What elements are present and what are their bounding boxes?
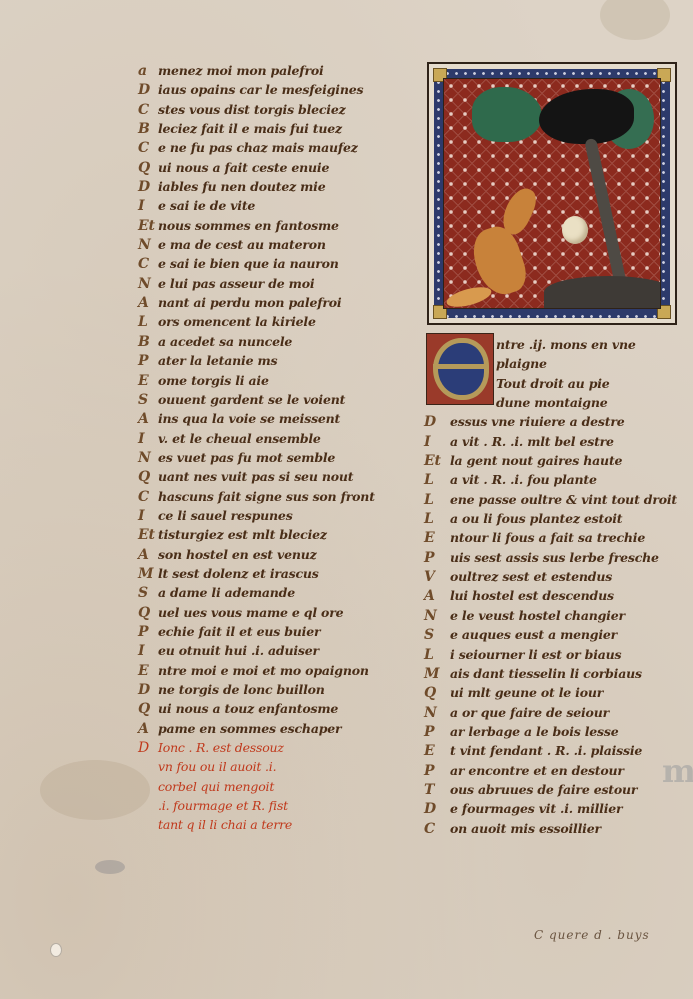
line-text: ater la letanie ms: [158, 353, 277, 368]
verse-line: Ne ma de cest au materon: [138, 235, 413, 254]
line-text: .i. fourmage et R. fist: [158, 798, 288, 813]
line-initial: Et: [424, 452, 450, 471]
verse-line: Mais dant tiesselin li corbiaus: [424, 664, 689, 683]
line-text: ar encontre et en destour: [450, 763, 624, 778]
verse-line: Dessus vne riuiere a destre: [424, 412, 689, 431]
line-initial: S: [424, 626, 450, 645]
verse-line: Bleciez fait il e mais fui tuez: [138, 119, 413, 138]
line-initial: E: [138, 372, 158, 391]
verse-line: plaigne: [424, 354, 689, 373]
rubric-line: DIonc . R. est dessouz: [138, 738, 413, 757]
verse-line: Entour li fous a fait sa trechie: [424, 528, 689, 547]
verse-line: Chascuns fait signe sus son front: [138, 487, 413, 506]
line-text: la gent nout gaires haute: [450, 453, 622, 468]
line-text: e ne fu pas chaz mais maufez: [158, 140, 358, 155]
verse-line: Alui hostel est descendus: [424, 586, 689, 605]
line-initial: E: [424, 529, 450, 548]
line-text: ene passe oultre & vint tout droit: [450, 492, 677, 507]
line-text: ntre moi e moi et mo opaignon: [158, 663, 369, 678]
line-initial: a: [138, 62, 158, 81]
line-initial: L: [424, 646, 450, 665]
line-text: ous abruues de faire estour: [450, 782, 637, 797]
verse-line: Na or que faire de seiour: [424, 703, 689, 722]
line-text: hascuns fait signe sus son front: [158, 489, 375, 504]
line-text: dune montaigne: [496, 395, 607, 410]
line-initial: B: [138, 120, 158, 139]
line-initial: Et: [138, 217, 158, 236]
line-initial: Q: [138, 468, 158, 487]
line-initial: A: [138, 410, 158, 429]
line-text: e fourmages vit .i. millier: [450, 801, 622, 816]
line-initial: Q: [138, 700, 158, 719]
line-initial: S: [138, 584, 158, 603]
line-text: a ou li fous plantez estoit: [450, 511, 622, 526]
line-initial: S: [138, 391, 158, 410]
verse-line: Puis sest assis sus lerbe fresche: [424, 548, 689, 567]
line-text: a vit . R. .i. mlt bel estre: [450, 434, 614, 449]
line-text: pame en sommes eschaper: [158, 721, 341, 736]
verse-line: dune montaigne: [424, 393, 689, 412]
line-initial: C: [424, 820, 450, 839]
verse-line: Entre moi e moi et mo opaignon: [138, 661, 413, 680]
line-text: ome torgis li aie: [158, 373, 269, 388]
verse-line: Tous abruues de faire estour: [424, 780, 689, 799]
verse-line: Diables fu nen doutez mie: [138, 177, 413, 196]
line-text: tisturgiez est mlt bleciez: [158, 527, 327, 542]
line-initial: A: [424, 587, 450, 606]
line-initial: D: [138, 681, 158, 700]
verse-line: Iv. et le cheual ensemble: [138, 429, 413, 448]
line-text: Ionc . R. est dessouz: [158, 740, 284, 755]
line-text: e ma de cest au materon: [158, 237, 326, 252]
line-initial: Et: [138, 526, 158, 545]
crow-figure: [539, 89, 634, 144]
line-text: nous sommes en fantosme: [158, 218, 339, 233]
verse-line: Lors omencent la kiriele: [138, 312, 413, 331]
line-text: iables fu nen doutez mie: [158, 179, 325, 194]
line-initial: C: [138, 101, 158, 120]
line-initial: M: [424, 665, 450, 684]
line-initial: L: [424, 471, 450, 490]
verse-line: Qui nous a fait ceste enuie: [138, 158, 413, 177]
line-text: oultrez sest et estendus: [450, 569, 612, 584]
line-text: plaigne: [496, 356, 547, 371]
line-initial: D: [138, 739, 158, 758]
line-initial: Q: [138, 159, 158, 178]
line-initial: N: [138, 449, 158, 468]
line-initial: D: [424, 413, 450, 432]
verse-line: La ou li fous plantez estoit: [424, 509, 689, 528]
line-text: i seiourner li est or biaus: [450, 647, 621, 662]
line-initial: B: [138, 333, 158, 352]
line-initial: T: [424, 781, 450, 800]
line-text: iaus opains car le mesfeigines: [158, 82, 363, 97]
left-column: amenez moi mon palefroiDiaus opains car …: [138, 61, 413, 835]
line-text: stes vous dist torgis bleciez: [158, 102, 346, 117]
verse-line: ntre .ij. mons en vne: [424, 335, 689, 354]
line-text: essus vne riuiere a destre: [450, 414, 624, 429]
verse-line: amenez moi mon palefroi: [138, 61, 413, 80]
verse-line: Mlt sest dolenz et irascus: [138, 564, 413, 583]
line-text: uel ues vous mame e ql ore: [158, 605, 343, 620]
line-initial: L: [138, 313, 158, 332]
miniature-fox-and-crow: [427, 62, 677, 325]
line-text: lt sest dolenz et irascus: [158, 566, 319, 581]
fox-tail: [445, 283, 494, 309]
line-text: ntre .ij. mons en vne: [496, 337, 636, 352]
rubric-line: vn fou ou il auoit .i.: [138, 757, 413, 776]
verse-line: Lene passe oultre & vint tout droit: [424, 490, 689, 509]
line-initial: E: [424, 742, 450, 761]
line-text: ors omencent la kiriele: [158, 314, 316, 329]
ground-mound: [544, 276, 661, 308]
line-text: uis sest assis sus lerbe fresche: [450, 550, 659, 565]
offset-ghost-letter: m: [662, 752, 693, 790]
line-initial: N: [138, 275, 158, 294]
catchword: C quere d . buys: [534, 928, 650, 942]
verse-line: Dne torgis de lonc buillon: [138, 680, 413, 699]
line-text: es vuet pas fu mot semble: [158, 450, 335, 465]
line-text: e sai ie bien que ia nauron: [158, 256, 339, 271]
line-initial: P: [424, 723, 450, 742]
verse-line: Con auoit mis essoillier: [424, 819, 689, 838]
line-text: ui nous a fait ceste enuie: [158, 160, 329, 175]
verse-line: Diaus opains car le mesfeigines: [138, 80, 413, 99]
line-initial: P: [138, 623, 158, 642]
verse-line: Anant ai perdu mon palefroi: [138, 293, 413, 312]
line-initial: I: [138, 642, 158, 661]
line-text: e lui pas asseur de moi: [158, 276, 314, 291]
line-initial: N: [424, 607, 450, 626]
verse-line: Ieu otnuit hui .i. aduiser: [138, 641, 413, 660]
line-text: menez moi mon palefroi: [158, 63, 324, 78]
line-text: vn fou ou il auoit .i.: [158, 759, 276, 774]
line-initial: N: [138, 236, 158, 255]
verse-line: Se auques eust a mengier: [424, 625, 689, 644]
verse-line: Etla gent nout gaires haute: [424, 451, 689, 470]
line-initial: Q: [138, 604, 158, 623]
verse-line: Par lerbage a le bois lesse: [424, 722, 689, 741]
line-initial: L: [424, 510, 450, 529]
verse-line: Voultrez sest et estendus: [424, 567, 689, 586]
verse-line: Ne le veust hostel changier: [424, 606, 689, 625]
verse-line: Quant nes vuit pas si seu nout: [138, 467, 413, 486]
line-text: v. et le cheual ensemble: [158, 431, 321, 446]
tree-trunk: [584, 138, 627, 287]
line-initial: N: [424, 704, 450, 723]
verse-line: De fourmages vit .i. millier: [424, 799, 689, 818]
line-initial: I: [424, 433, 450, 452]
line-text: a acedet sa nuncele: [158, 334, 292, 349]
verse-line: Souuent gardent se le voient: [138, 390, 413, 409]
rubric-line: tant q il li chai a terre: [138, 815, 413, 834]
verse-line: Ne lui pas asseur de moi: [138, 274, 413, 293]
line-text: a dame li ademande: [158, 585, 295, 600]
line-text: t vint fendant . R. .i. plaissie: [450, 743, 642, 758]
line-initial: E: [138, 662, 158, 681]
verse-line: Ba acedet sa nuncele: [138, 332, 413, 351]
verse-line: Ice li sauel respunes: [138, 506, 413, 525]
line-text: e le veust hostel changier: [450, 608, 625, 623]
verse-line: Ains qua la voie se meissent: [138, 409, 413, 428]
line-initial: A: [138, 294, 158, 313]
right-column: ntre .ij. mons en vneplaigneTout droit a…: [424, 335, 689, 838]
line-text: ins qua la voie se meissent: [158, 411, 340, 426]
line-text: on auoit mis essoillier: [450, 821, 601, 836]
rubric-line: .i. fourmage et R. fist: [138, 796, 413, 815]
line-text: ntour li fous a fait sa trechie: [450, 530, 645, 545]
line-text: ui mlt geune ot le iour: [450, 685, 603, 700]
line-text: ne torgis de lonc buillon: [158, 682, 325, 697]
line-initial: P: [424, 549, 450, 568]
line-text: Tout droit au pie: [496, 376, 610, 391]
line-text: son hostel en est venuz: [158, 547, 317, 562]
line-text: ui nous a touz enfantosme: [158, 701, 338, 716]
line-text: a vit . R. .i. fou plante: [450, 472, 597, 487]
line-text: a or que faire de seiour: [450, 705, 609, 720]
verse-line: Ia vit . R. .i. mlt bel estre: [424, 432, 689, 451]
line-initial: Q: [424, 684, 450, 703]
cheese: [562, 216, 588, 244]
line-initial: I: [138, 197, 158, 216]
line-text: eu otnuit hui .i. aduiser: [158, 643, 319, 658]
line-initial: C: [138, 488, 158, 507]
verse-line: Eome torgis li aie: [138, 371, 413, 390]
line-initial: A: [138, 546, 158, 565]
line-initial: L: [424, 491, 450, 510]
verse-line: Tout droit au pie: [424, 374, 689, 393]
line-initial: P: [424, 762, 450, 781]
line-text: leciez fait il e mais fui tuez: [158, 121, 342, 136]
verse-line: Ie sai ie de vite: [138, 196, 413, 215]
manuscript-page: amenez moi mon palefroiDiaus opains car …: [0, 0, 693, 999]
line-initial: D: [138, 81, 158, 100]
verse-line: Qui nous a touz enfantosme: [138, 699, 413, 718]
line-text: e sai ie de vite: [158, 198, 255, 213]
line-initial: D: [424, 800, 450, 819]
line-text: corbel qui mengoit: [158, 779, 274, 794]
line-initial: V: [424, 568, 450, 587]
line-text: ais dant tiesselin li corbiaus: [450, 666, 642, 681]
line-text: tant q il li chai a terre: [158, 817, 292, 832]
rubric-line: corbel qui mengoit: [138, 777, 413, 796]
verse-line: Nes vuet pas fu mot semble: [138, 448, 413, 467]
line-initial: M: [138, 565, 158, 584]
verse-line: Ce sai ie bien que ia nauron: [138, 254, 413, 273]
line-initial: A: [138, 720, 158, 739]
line-text: ce li sauel respunes: [158, 508, 293, 523]
miniature-diapered-field: [443, 78, 661, 309]
verse-line: Sa dame li ademande: [138, 583, 413, 602]
line-initial: C: [138, 255, 158, 274]
verse-line: Li seiourner li est or biaus: [424, 645, 689, 664]
line-initial: I: [138, 507, 158, 526]
verse-line: Et vint fendant . R. .i. plaissie: [424, 741, 689, 760]
verse-line: Par encontre et en destour: [424, 761, 689, 780]
tree-foliage: [472, 87, 542, 142]
verse-line: Ettisturgiez est mlt bleciez: [138, 525, 413, 544]
verse-line: Pechie fait il et eus buier: [138, 622, 413, 641]
line-initial: P: [138, 352, 158, 371]
line-initial: D: [138, 178, 158, 197]
verse-line: Ce ne fu pas chaz mais maufez: [138, 138, 413, 157]
line-text: lui hostel est descendus: [450, 588, 614, 603]
verse-line: Ason hostel en est venuz: [138, 545, 413, 564]
line-text: echie fait il et eus buier: [158, 624, 320, 639]
verse-line: Apame en sommes eschaper: [138, 719, 413, 738]
line-text: nant ai perdu mon palefroi: [158, 295, 341, 310]
line-text: uant nes vuit pas si seu nout: [158, 469, 353, 484]
verse-line: Pater la letanie ms: [138, 351, 413, 370]
line-initial: I: [138, 430, 158, 449]
verse-line: Qui mlt geune ot le iour: [424, 683, 689, 702]
verse-line: La vit . R. .i. fou plante: [424, 470, 689, 489]
line-text: ouuent gardent se le voient: [158, 392, 345, 407]
verse-line: Cstes vous dist torgis bleciez: [138, 100, 413, 119]
line-initial: C: [138, 139, 158, 158]
verse-line: Etnous sommes en fantosme: [138, 216, 413, 235]
line-text: e auques eust a mengier: [450, 627, 617, 642]
line-text: ar lerbage a le bois lesse: [450, 724, 618, 739]
verse-line: Quel ues vous mame e ql ore: [138, 603, 413, 622]
